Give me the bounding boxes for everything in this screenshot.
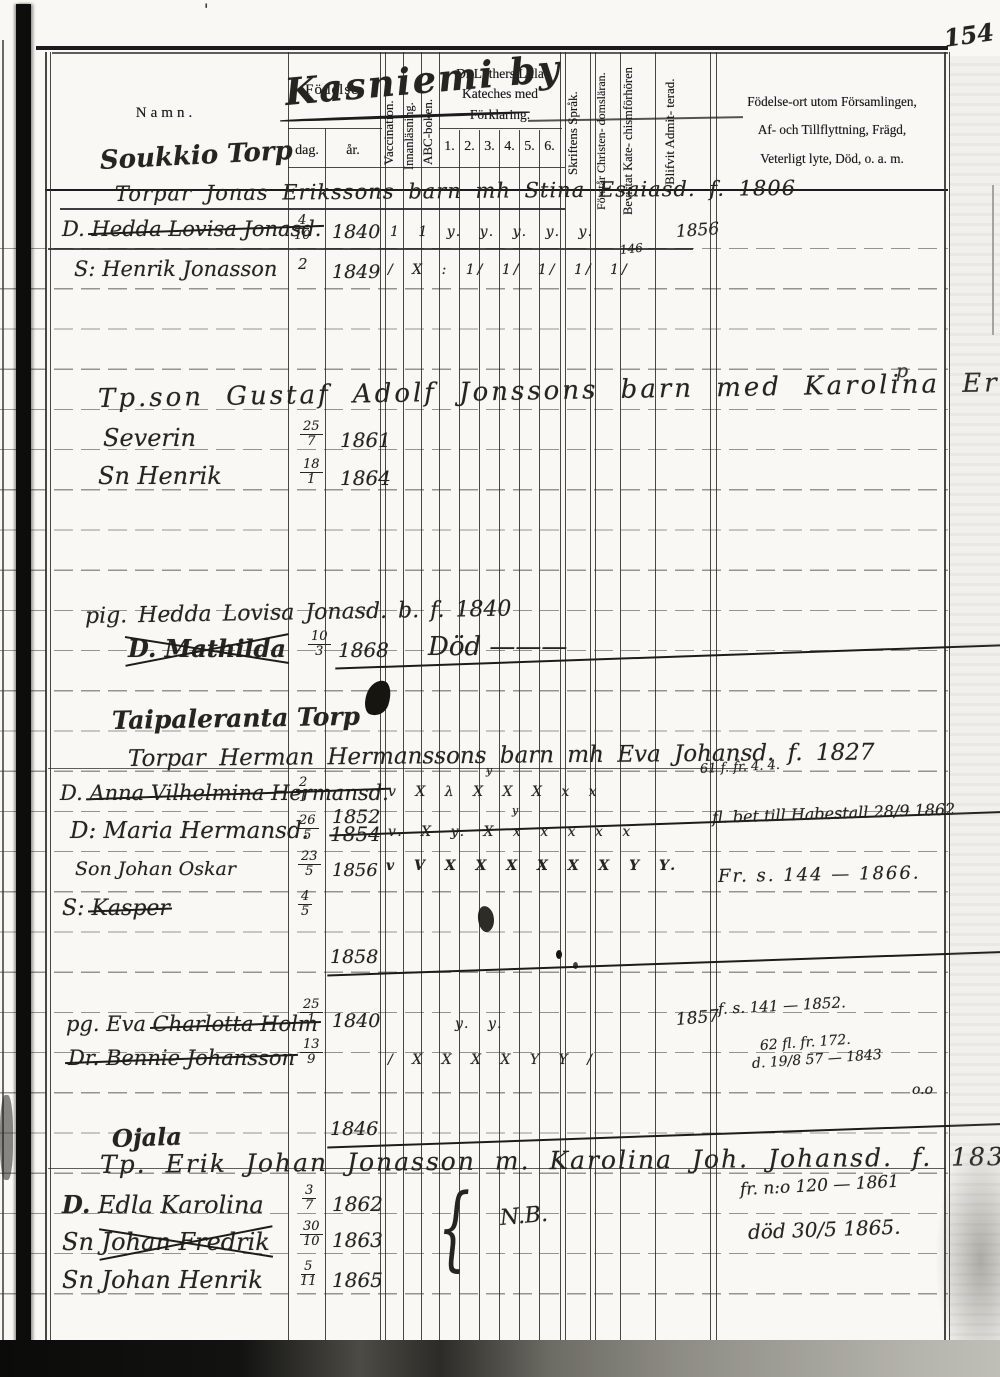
row-anna-name: D. Anna Vilhelmina Hermansd. [60, 781, 389, 805]
row-maria-superscript-y: y [512, 804, 518, 817]
row-sn-henrik-birthdate: 181 [300, 458, 323, 487]
header-kateches-col-4: 4. [500, 139, 519, 155]
row-eva-prefix: pg. [66, 1012, 100, 1036]
row-eva-birthdate: 251 [300, 998, 323, 1027]
header-subrule-kateches [439, 128, 562, 129]
row-maria-year: 1854 [330, 822, 381, 846]
row-oskar-prefix: Son [75, 858, 112, 880]
header-ar: år. [328, 143, 378, 159]
row-fredrik-prefix: Sn [62, 1228, 94, 1256]
row-severin-birthdate: 257 [300, 420, 323, 449]
row-henrik-prefix: S: [74, 257, 95, 281]
row-henrik-name: S: Henrik Jonasson [74, 257, 277, 281]
scanned-parish-register-page: Namn. Födelse- dag. år. Vaccination. Inn… [0, 0, 1000, 1377]
row-johan-henrik-birthdate: 511 [300, 1260, 317, 1289]
row-edla-birthdate: 37 [302, 1184, 316, 1213]
row-maria-birthdate: 265 [296, 814, 319, 843]
row-hedda-prefix: D. [62, 217, 85, 241]
row-kasper-name: S: Kasper [62, 896, 170, 921]
row-edla-year: 1862 [332, 1192, 383, 1216]
header-last-line2: Af- och Tillflyttning, Frägd, [758, 122, 906, 137]
oo-mark: o.o [912, 1082, 933, 1098]
header-namn: Namn. [116, 105, 216, 122]
row-hedda-admitted-year: 1856 [675, 219, 720, 242]
row-bennie-year: 1846 [330, 1118, 1000, 1140]
row-eva-marks: y. y. [455, 1016, 504, 1032]
row-johan-henrik-name: Sn Johan Henrik [62, 1266, 263, 1294]
row-sn-henrik-name: Sn Henrik [98, 462, 222, 490]
table-left-border-inner [50, 52, 51, 1342]
row-kasper-year: 1858 [330, 946, 1000, 968]
row-eva-year: 1840 [332, 1010, 380, 1032]
header-dag: dag. [290, 143, 324, 159]
row-maria-name: D: Maria Hermansd. [70, 818, 309, 844]
header-last-line3: Veterligt lyte, Död, o. a. m. [760, 151, 904, 166]
row-bennie-name: Dr. Bennie Johansson [68, 1046, 295, 1070]
section-heading-ojala: Ojala [111, 1122, 182, 1153]
row-maria-prefix: D: [70, 818, 96, 844]
section-heading-soukkio: Soukkio Torp [99, 136, 293, 176]
header-last-column: Födelse-ort utom Församlingen, Af- och T… [722, 88, 942, 173]
header-bevistat-line2: chismförhören [621, 67, 635, 140]
left-edge-smear [0, 1095, 13, 1180]
row-oskar-name-text: Johan Oskar [118, 858, 236, 880]
row-johan-henrik-prefix: Sn [62, 1266, 94, 1294]
ink-speck-1 [556, 950, 562, 959]
row-hedda-marks: 1 1 y. y. y. y. y. [390, 224, 595, 240]
row-oskar-marks: v V X X X X X X Y Y. [386, 858, 678, 874]
row-mathilda-name-text: Mathilda [165, 634, 286, 663]
header-kateches-col-2: 2. [460, 139, 479, 155]
row-maria-name-text: Maria Hermansd. [104, 818, 309, 844]
row-bennie-name-struck: Dr. Bennie Johansson [68, 1046, 295, 1070]
row-johan-henrik-year: 1865 [332, 1268, 383, 1292]
top-rule [36, 46, 948, 50]
row-edla-prefix: D. [62, 1190, 90, 1219]
header-blifvit-line1: Blifvit Admit- [662, 111, 677, 185]
row-hedda-year: 1840 [332, 221, 380, 243]
row-sn-henrik-name-text: Henrik [138, 462, 222, 490]
row-edla-name-text: Edla Karolina [98, 1191, 264, 1219]
header-kateches-col-1: 1. [440, 139, 459, 155]
annotation-nb: N.B. [499, 1202, 549, 1231]
row-bennie-birthdate: 139 [300, 1038, 323, 1067]
stray-apostrophe-mark: ' [204, 0, 208, 19]
header-last-line1: Födelse-ort utom Församlingen, [747, 94, 917, 109]
row-severin-year: 1861 [340, 428, 391, 452]
row-kasper-birthdate: 45 [298, 890, 312, 919]
row-hedda-name-struck: Hedda Lovisa Jonasd. [91, 217, 321, 241]
row-bennie-prefix: Dr. [68, 1046, 99, 1070]
row-henrik-name-text: Henrik Jonasson [102, 257, 277, 281]
row-hedda-name: D. Hedda Lovisa Jonasd. [62, 217, 321, 241]
bottom-right-corner-shadow [936, 1140, 1000, 1340]
table-left-border [45, 52, 47, 1342]
header-kateches-col-6: 6. [540, 139, 559, 155]
row-bennie-marks: / X X X X Y Y / [388, 1052, 595, 1068]
row-hedda-birthdate: 410 [294, 214, 311, 243]
header-kateches-col-5: 5. [520, 139, 539, 155]
row-sn-henrik-prefix: Sn [98, 462, 130, 490]
row-fredrik-year: 1863 [332, 1228, 383, 1252]
row-fredrik-birthdate: 3010 [300, 1220, 323, 1249]
row-eva-admitted-year: 1857 [675, 1006, 720, 1030]
annotation-brace: { [438, 1174, 470, 1281]
row-mathilda-prefix: D. [128, 634, 156, 663]
row-fredrik-name: Sn Johan Fredrik [62, 1228, 270, 1256]
row-oskar-year: 1856 [332, 860, 378, 881]
row-mathilda-death-note: Död ——— [428, 632, 567, 662]
row-henrik-marks: / X : 1/ 1/ 1/ 1/ 1/ [388, 262, 630, 278]
row-anna-superscript-y: y [486, 764, 492, 777]
flourish-mark-p: p [896, 360, 908, 382]
row-eva-name-struck: Charlotta Holm [153, 1012, 318, 1036]
row-bennie-name-text: Bennie Johansson [106, 1046, 295, 1070]
row-oskar-name: Son Johan Oskar [75, 858, 236, 880]
ink-speck-2 [573, 962, 578, 969]
row-anna-marks: v X λ X X X x x [388, 784, 600, 800]
row-sn-henrik-year: 1864 [340, 466, 391, 490]
row-edla-name: D. Edla Karolina [62, 1190, 264, 1219]
header-subrule-fodelse [288, 128, 382, 129]
row-fredrik-name-crossed: Johan Fredrik [102, 1228, 270, 1256]
row-mathilda-birthdate: 103 [308, 630, 331, 659]
header-kateches-col-3: 3. [480, 139, 499, 155]
row-johan-henrik-name-text: Johan Henrik [102, 1266, 263, 1294]
row-oskar-birthdate: 235 [298, 850, 321, 879]
row-kasper-prefix: S: [62, 896, 84, 921]
row-mathilda-name-crossed: D. Mathilda [128, 634, 286, 663]
header-forstar-line2: domsläran. [594, 72, 608, 125]
book-binding-bar [16, 4, 31, 1377]
row-hedda-katechis-note: 146 [619, 241, 643, 257]
row-kasper-name-struck: Kasper [91, 896, 169, 921]
row-eva-name: pg. Eva Charlotta Holm [66, 1012, 318, 1036]
note-fr-144: Fr. s. 144 — 1866. [718, 862, 921, 887]
row-mathilda-name: D. Mathilda [128, 634, 286, 663]
row-rule-dark-1 [60, 208, 565, 210]
row-maria-marks: v. X y. X x x x x x [388, 824, 633, 840]
row-henrik-birthdate: 2 [298, 256, 308, 272]
row-anna-name-struck: Anna Vilhelmina Hermansd. [89, 781, 388, 805]
page-number: 154 [942, 17, 996, 53]
row-anna-birthdate: 21 [296, 776, 310, 805]
bottom-scan-shadow-band [0, 1340, 1000, 1377]
row-severin-name: Severin [103, 424, 196, 452]
header-blifvit-line2: terad. [662, 79, 677, 108]
section-heading-taipaleranta: Taipaleranta Torp [112, 702, 361, 735]
row-anna-prefix: D. [60, 781, 83, 805]
row-eva-name-plain: Eva [106, 1012, 146, 1036]
row-henrik-year: 1849 [332, 261, 380, 283]
